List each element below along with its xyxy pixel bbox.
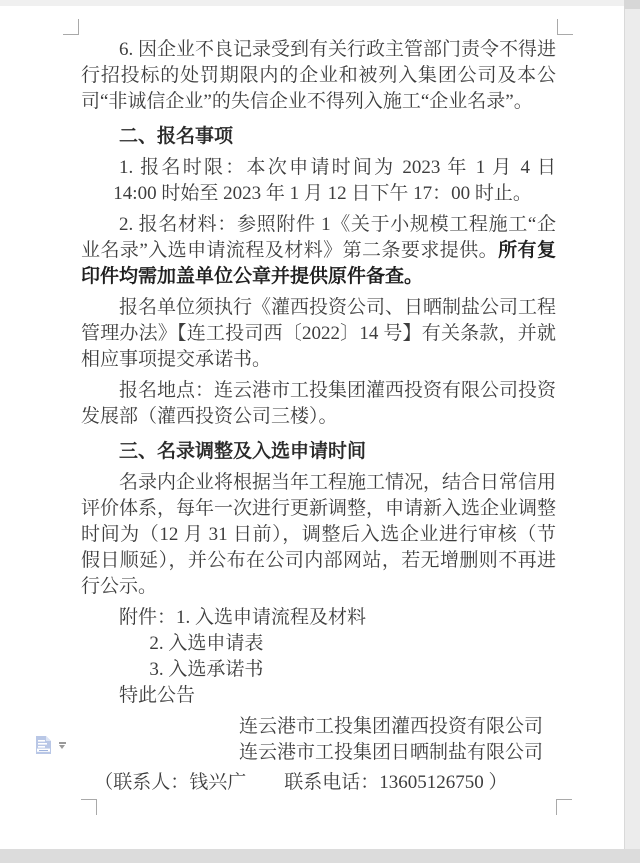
paste-document-icon (35, 735, 52, 755)
text-boundary-mark-bottom-right (556, 799, 572, 815)
paragraph-penalty-rule: 6. 因企业不良记录受到有关行政主管部门责令不得进行招投标的处罚期限内的企业和被… (81, 37, 556, 115)
materials-text: 2. 报名材料：参照附件 1《关于小规模工程施工“企业名录”入选申请流程及材料》… (81, 214, 556, 261)
app-frame-right (624, 0, 640, 863)
section-heading-registration: 二、报名事项 (81, 124, 556, 150)
app-frame-bottom (0, 849, 640, 863)
paragraph-location: 报名地点：连云港市工投集团灌西投资有限公司投资发展部（灌西投资公司三楼）。 (81, 378, 556, 430)
app-frame-corner (624, 0, 640, 9)
section-heading-adjustment: 三、名录调整及入选申请时间 (81, 439, 556, 465)
paragraph-deadline: 1. 报名时限：本次申请时间为 2023 年 1 月 4 日 14:00 时始至… (81, 155, 556, 207)
paste-options-button[interactable] (35, 733, 71, 757)
attachments-line-1: 附件：1. 入选申请流程及材料 (81, 605, 556, 631)
closing-line: 特此公告 (81, 683, 556, 709)
paragraph-materials: 2. 报名材料：参照附件 1《关于小规模工程施工“企业名录”入选申请流程及材料》… (81, 212, 556, 290)
text-boundary-mark-bottom-left (81, 799, 97, 815)
signature-company-1: 连云港市工投集团灌西投资有限公司 (81, 714, 556, 740)
paragraph-unit-rules: 报名单位须执行《灌西投资公司、日晒制盐公司工程管理办法》【连工投司西〔2022〕… (81, 295, 556, 373)
paragraph-adjustment: 名录内企业将根据当年工程施工情况，结合日常信用评价体系，每年一次进行更新调整，申… (81, 470, 556, 600)
app-frame-top (0, 0, 640, 6)
text-boundary-mark-top-right (557, 19, 573, 35)
document-body: 6. 因企业不良记录受到有关行政主管部门责令不得进行招投标的处罚期限内的企业和被… (81, 37, 556, 801)
dropdown-arrow-icon (58, 741, 67, 749)
signature-company-2: 连云港市工投集团日晒制盐有限公司 (81, 740, 556, 766)
contact-line: （联系人：钱兴广 联系电话：13605126750 ） (81, 770, 556, 796)
attachments-line-2: 2. 入选申请表 (81, 631, 556, 657)
attachments-line-3: 3. 入选承诺书 (81, 657, 556, 683)
text-boundary-mark-top-left (63, 19, 79, 35)
